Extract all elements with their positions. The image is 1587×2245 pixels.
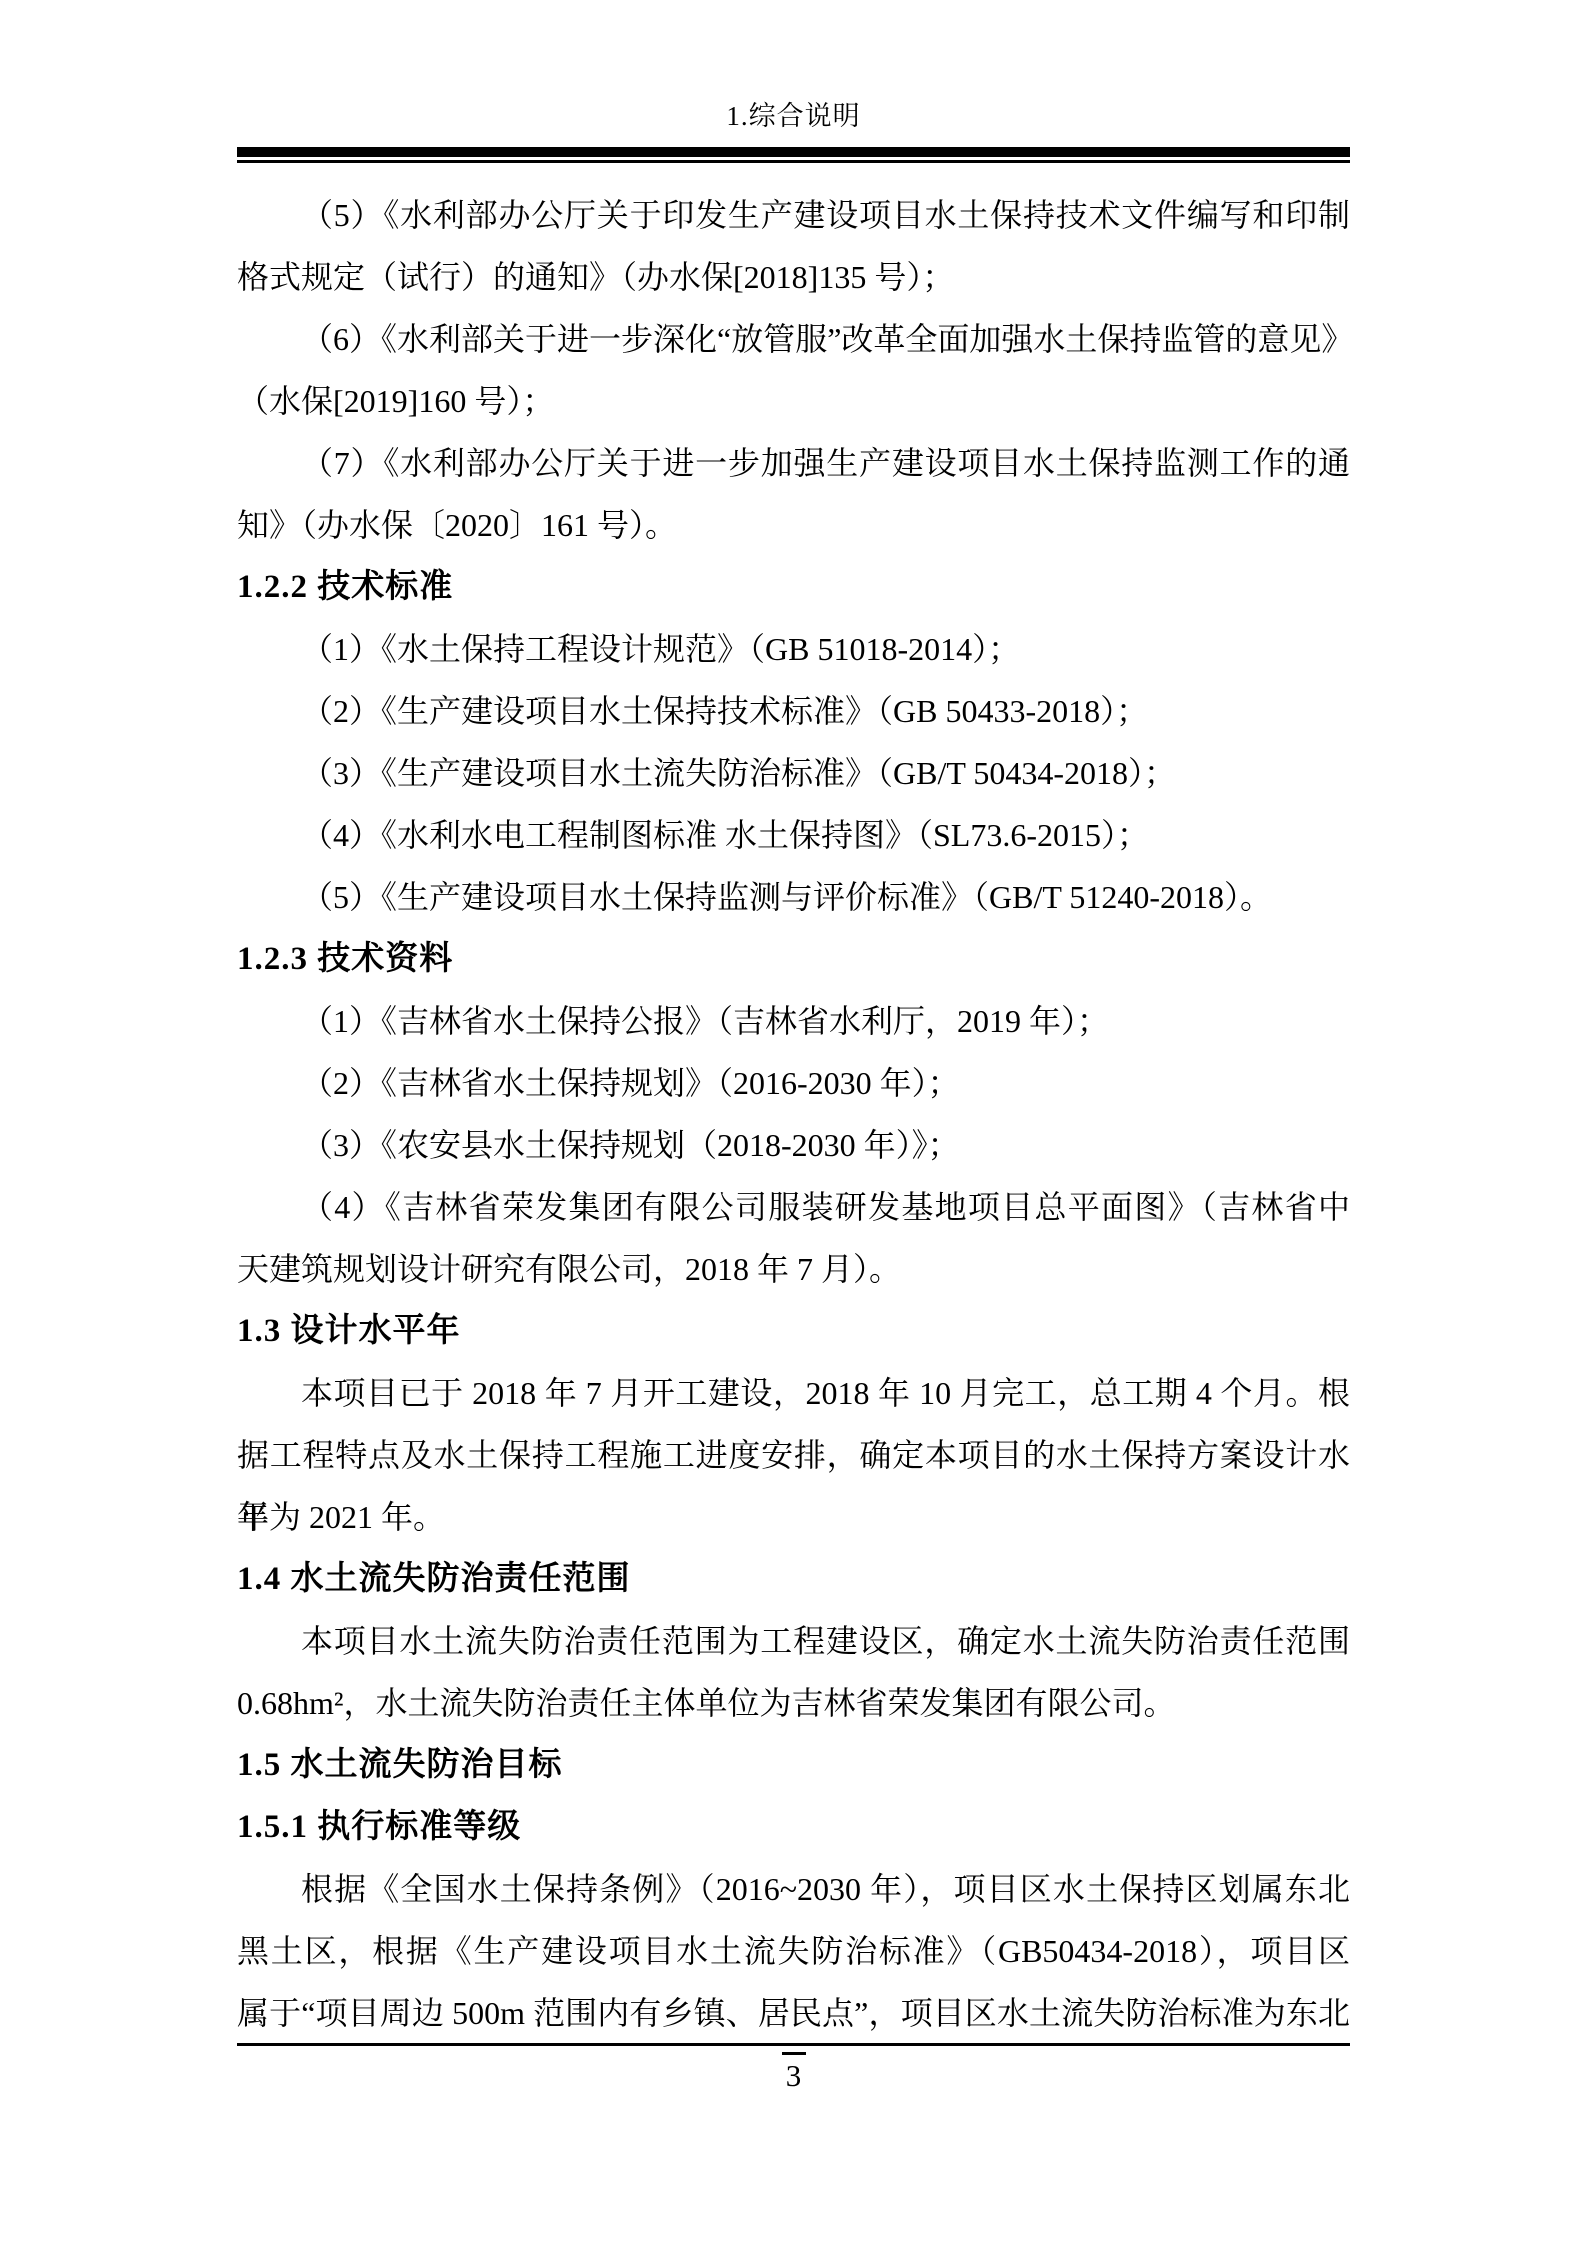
document-body: （5）《水利部办公厅关于印发生产建设项目水土保持技术文件编写和印制 格式规定（试… [237, 184, 1350, 2044]
body-line: （2）《吉林省水土保持规划》（2016-2030 年）； [237, 1052, 1350, 1114]
body-line: （5）《水利部办公厅关于印发生产建设项目水土保持技术文件编写和印制 [237, 184, 1350, 246]
body-line: 根据《全国水土保持条例》（2016~2030 年），项目区水土保持区划属东北 [237, 1858, 1350, 1920]
body-line: 黑土区，根据《生产建设项目水土流失防治标准》（GB50434-2018），项目区 [237, 1920, 1350, 1982]
body-line: （1）《水土保持工程设计规范》（GB 51018-2014）； [237, 618, 1350, 680]
footer-rule [237, 2043, 1350, 2046]
section-heading: 1.2.3 技术资料 [237, 928, 1350, 990]
body-line: 属于“项目周边 500m 范围内有乡镇、居民点”，项目区水土流失防治标准为东北 [237, 1982, 1350, 2044]
page-header-title: 1.综合说明 [0, 98, 1587, 134]
body-line: （1）《吉林省水土保持公报》（吉林省水利厅，2019 年）； [237, 990, 1350, 1052]
section-heading: 1.5.1 执行标准等级 [237, 1796, 1350, 1858]
body-line: （3）《生产建设项目水土流失防治标准》（GB/T 50434-2018）； [237, 742, 1350, 804]
section-heading: 1.5 水土流失防治目标 [237, 1734, 1350, 1796]
body-line: 知》（办水保〔2020〕161 号）。 [237, 494, 1350, 556]
body-line: 据工程特点及水土保持工程施工进度安排，确定本项目的水土保持方案设计水平 [237, 1424, 1350, 1486]
body-line: 本项目已于 2018 年 7 月开工建设，2018 年 10 月完工，总工期 4… [237, 1362, 1350, 1424]
page-number-dash [782, 2052, 806, 2055]
body-line: （2）《生产建设项目水土保持技术标准》（GB 50433-2018）； [237, 680, 1350, 742]
body-line: （7）《水利部办公厅关于进一步加强生产建设项目水土保持监测工作的通 [237, 432, 1350, 494]
header-rule-thin [237, 160, 1350, 163]
body-line: （5）《生产建设项目水土保持监测与评价标准》（GB/T 51240-2018）。 [237, 866, 1350, 928]
body-line: 天建筑规划设计研究有限公司，2018 年 7 月）。 [237, 1238, 1350, 1300]
body-line: （3）《农安县水土保持规划（2018-2030 年）》； [237, 1114, 1350, 1176]
body-line: （4）《水利水电工程制图标准 水土保持图》（SL73.6-2015）； [237, 804, 1350, 866]
header-rule-thick [237, 147, 1350, 157]
body-line: （4）《吉林省荣发集团有限公司服装研发基地项目总平面图》（吉林省中 [237, 1176, 1350, 1238]
document-page: 1.综合说明 （5）《水利部办公厅关于印发生产建设项目水土保持技术文件编写和印制… [0, 0, 1587, 2245]
body-line: （6）《水利部关于进一步深化“放管服”改革全面加强水土保持监管的意见》 [237, 308, 1350, 370]
body-line: 年为 2021 年。 [237, 1486, 1350, 1548]
section-heading: 1.2.2 技术标准 [237, 556, 1350, 618]
section-heading: 1.3 设计水平年 [237, 1300, 1350, 1362]
header-rule [237, 147, 1350, 163]
body-line: 0.68hm²，水土流失防治责任主体单位为吉林省荣发集团有限公司。 [237, 1672, 1350, 1734]
page-number: 3 [0, 2056, 1587, 2096]
body-line: 格式规定（试行）的通知》（办水保[2018]135 号）； [237, 246, 1350, 308]
section-heading: 1.4 水土流失防治责任范围 [237, 1548, 1350, 1610]
body-line: 本项目水土流失防治责任范围为工程建设区，确定水土流失防治责任范围 [237, 1610, 1350, 1672]
body-line: （水保[2019]160 号）； [237, 370, 1350, 432]
